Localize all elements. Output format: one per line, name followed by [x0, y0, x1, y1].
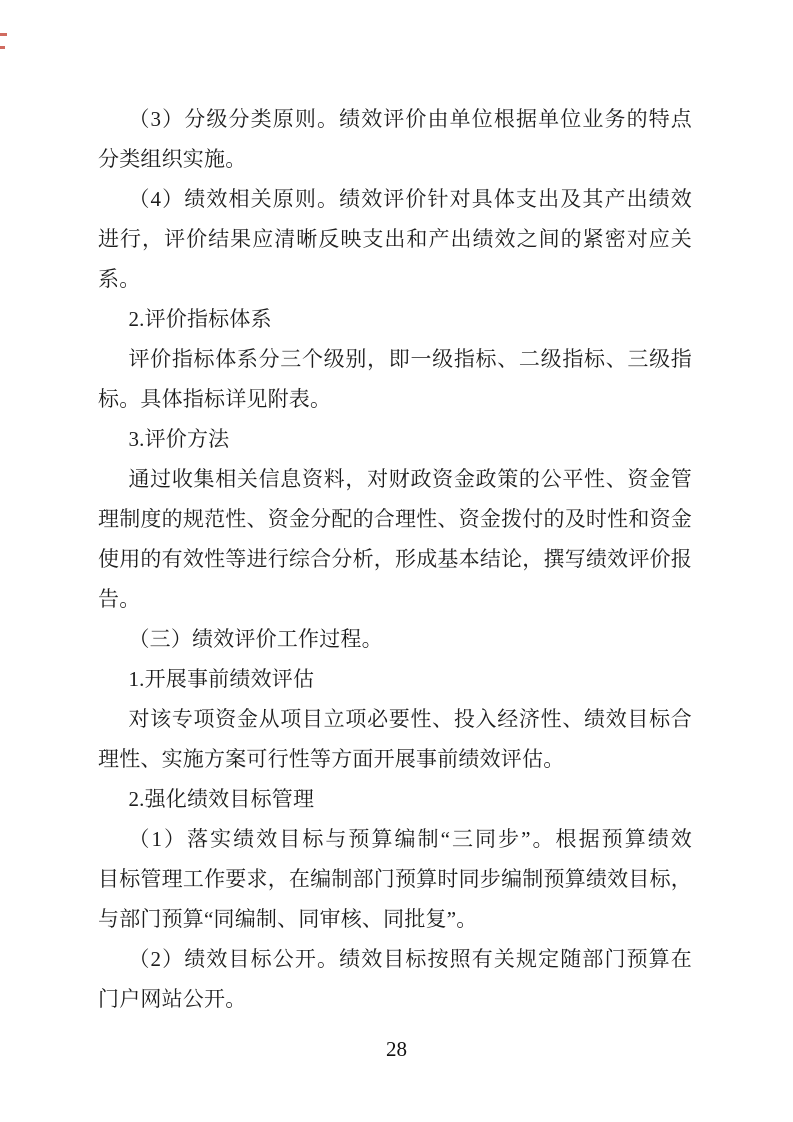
- text-line: 使用的有效性等进行综合分析，形成基本结论，撰写绩效评价报: [98, 539, 692, 579]
- text-line: （2）绩效目标公开。绩效目标按照有关规定随部门预算在: [98, 939, 692, 979]
- text-line: （1）落实绩效目标与预算编制“三同步”。根据预算绩效: [98, 819, 692, 859]
- document-body: （3）分级分类原则。绩效评价由单位根据单位业务的特点分类组织实施。（4）绩效相关…: [98, 99, 692, 1019]
- scan-artifact: [0, 46, 5, 49]
- text-line: 与部门预算“同编制、同审核、同批复”。: [98, 899, 692, 939]
- text-line: （三）绩效评价工作过程。: [98, 619, 692, 659]
- page-number: 28: [0, 1034, 793, 1064]
- text-line: 分类组织实施。: [98, 139, 692, 179]
- text-line: 2.评价指标体系: [98, 299, 692, 339]
- text-line: 标。具体指标详见附表。: [98, 379, 692, 419]
- text-line: （3）分级分类原则。绩效评价由单位根据单位业务的特点: [98, 99, 692, 139]
- text-line: 理制度的规范性、资金分配的合理性、资金拨付的及时性和资金: [98, 499, 692, 539]
- text-line: 理性、实施方案可行性等方面开展事前绩效评估。: [98, 739, 692, 779]
- text-line: 1.开展事前绩效评估: [98, 659, 692, 699]
- text-line: 2.强化绩效目标管理: [98, 779, 692, 819]
- text-line: 进行，评价结果应清晰反映支出和产出绩效之间的紧密对应关: [98, 219, 692, 259]
- text-line: 3.评价方法: [98, 419, 692, 459]
- text-line: 通过收集相关信息资料，对财政资金政策的公平性、资金管: [98, 459, 692, 499]
- text-line: 目标管理工作要求，在编制部门预算时同步编制预算绩效目标，: [98, 859, 692, 899]
- text-line: （4）绩效相关原则。绩效评价针对具体支出及其产出绩效: [98, 179, 692, 219]
- text-line: 评价指标体系分三个级别，即一级指标、二级指标、三级指: [98, 339, 692, 379]
- document-page: （3）分级分类原则。绩效评价由单位根据单位业务的特点分类组织实施。（4）绩效相关…: [0, 0, 793, 1122]
- text-line: 对该专项资金从项目立项必要性、投入经济性、绩效目标合: [98, 699, 692, 739]
- text-line: 门户网站公开。: [98, 979, 692, 1019]
- scan-artifact: [0, 33, 7, 36]
- text-line: 系。: [98, 259, 692, 299]
- text-line: 告。: [98, 579, 692, 619]
